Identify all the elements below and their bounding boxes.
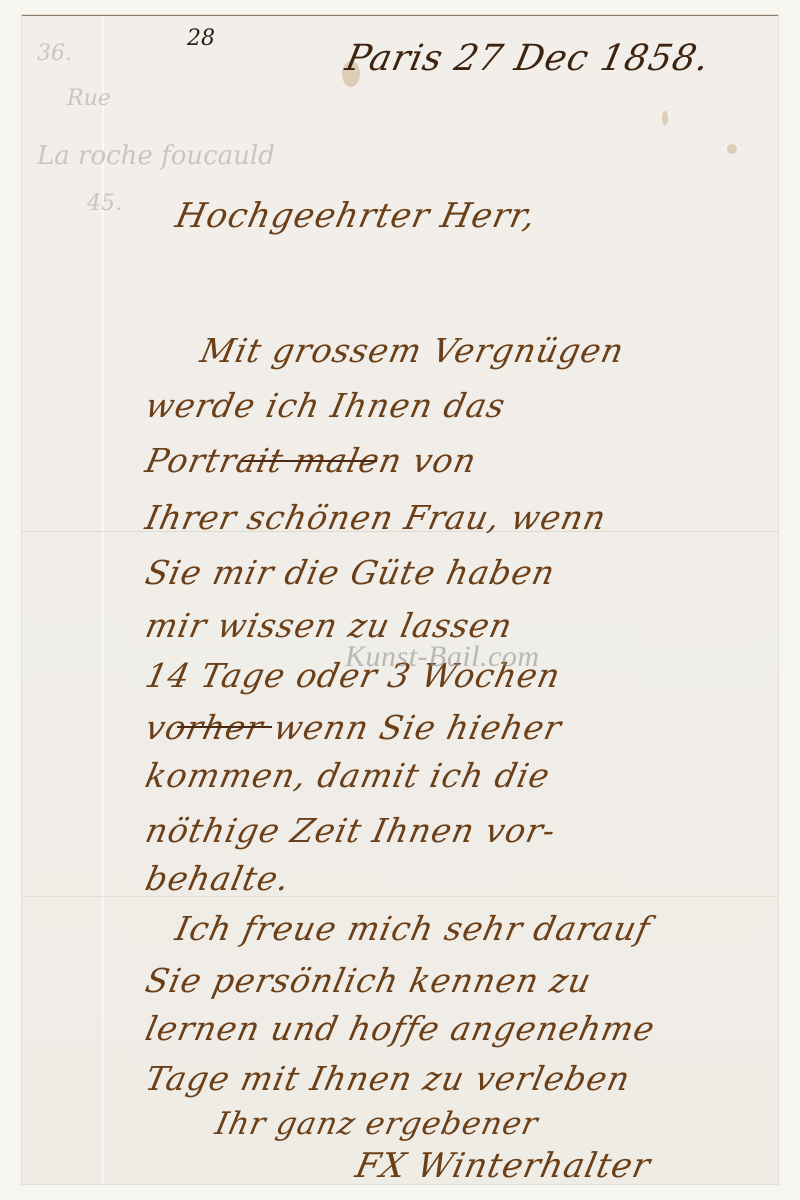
salutation: Hochgeehrter Herr,: [172, 196, 540, 236]
strikethrough: [177, 726, 272, 728]
body-line: kommen, damit ich die: [142, 756, 554, 795]
foxing-stain: [662, 111, 668, 125]
body-line: Ihrer schönen Frau, wenn: [142, 498, 610, 537]
body-line: Mit grossem Vergnügen: [197, 331, 628, 370]
pencil-annotation: 45.: [87, 191, 122, 216]
fold-crease-horizontal-lower: [22, 896, 778, 897]
pencil-annotation: 36.: [37, 41, 72, 66]
pencil-annotation: La roche foucauld: [37, 141, 275, 171]
body-line: nöthige Zeit Ihnen vor-: [142, 811, 560, 850]
closing: Ihr ganz ergebener: [212, 1106, 542, 1142]
dateline: Paris 27 Dec 1858.: [342, 38, 714, 79]
body-line: Sie persönlich kennen zu: [142, 961, 595, 1000]
body-line: behalte.: [142, 859, 294, 898]
strikethrough: [242, 460, 377, 462]
body-line: werde ich Ihnen das: [142, 386, 509, 425]
signature: FX Winterhalter: [352, 1146, 654, 1184]
pencil-annotation: Rue: [67, 86, 111, 111]
body-line: Sie mir die Güte haben: [142, 553, 559, 592]
watermark-text: Kunst-Bail.com: [345, 640, 540, 674]
letter-sheet: 36. Rue La roche foucauld 45. 28 Paris 2…: [22, 15, 778, 1184]
folio-number: 28: [187, 26, 215, 51]
body-line: lernen und hoffe angenehme: [142, 1009, 659, 1048]
body-line: Tage mit Ihnen zu verleben: [142, 1059, 634, 1098]
foxing-stain: [727, 144, 737, 154]
body-line: Ich freue mich sehr darauf: [172, 909, 654, 948]
